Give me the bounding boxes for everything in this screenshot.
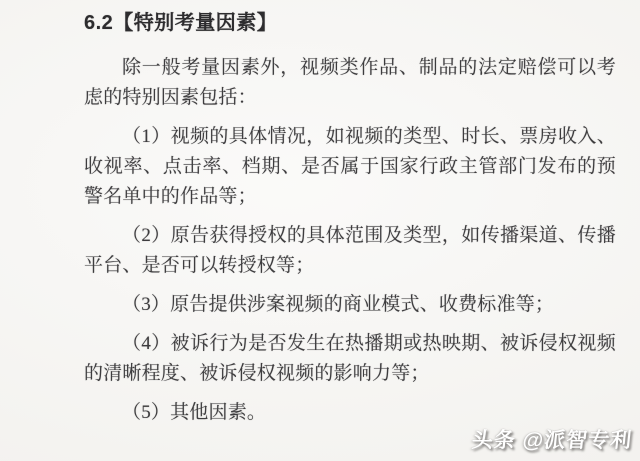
list-item-3: （3）原告提供涉案视频的商业模式、收费标准等； bbox=[84, 290, 616, 320]
section-heading: 6.2【特别考量因素】 bbox=[84, 8, 616, 38]
section-body: 除一般考量因素外，视频类作品、制品的法定赔偿可以考虑的特别因素包括： （1）视频… bbox=[84, 53, 616, 428]
list-item-4: （4）被诉行为是否发生在热播期或热映期、被诉侵权视频的清晰程度、被诉侵权视频的影… bbox=[84, 329, 616, 389]
document-page: 6.2【特别考量因素】 除一般考量因素外，视频类作品、制品的法定赔偿可以考虑的特… bbox=[84, 8, 616, 428]
intro-paragraph: 除一般考量因素外，视频类作品、制品的法定赔偿可以考虑的特别因素包括： bbox=[84, 53, 616, 113]
list-item-1: （1）视频的具体情况，如视频的类型、时长、票房收入、收视率、点击率、档期、是否属… bbox=[84, 122, 616, 212]
toutiao-watermark: 头条 @派智专利 bbox=[470, 424, 633, 454]
list-item-2: （2）原告获得授权的具体范围及类型，如传播渠道、传播平台、是否可以转授权等； bbox=[84, 221, 616, 281]
